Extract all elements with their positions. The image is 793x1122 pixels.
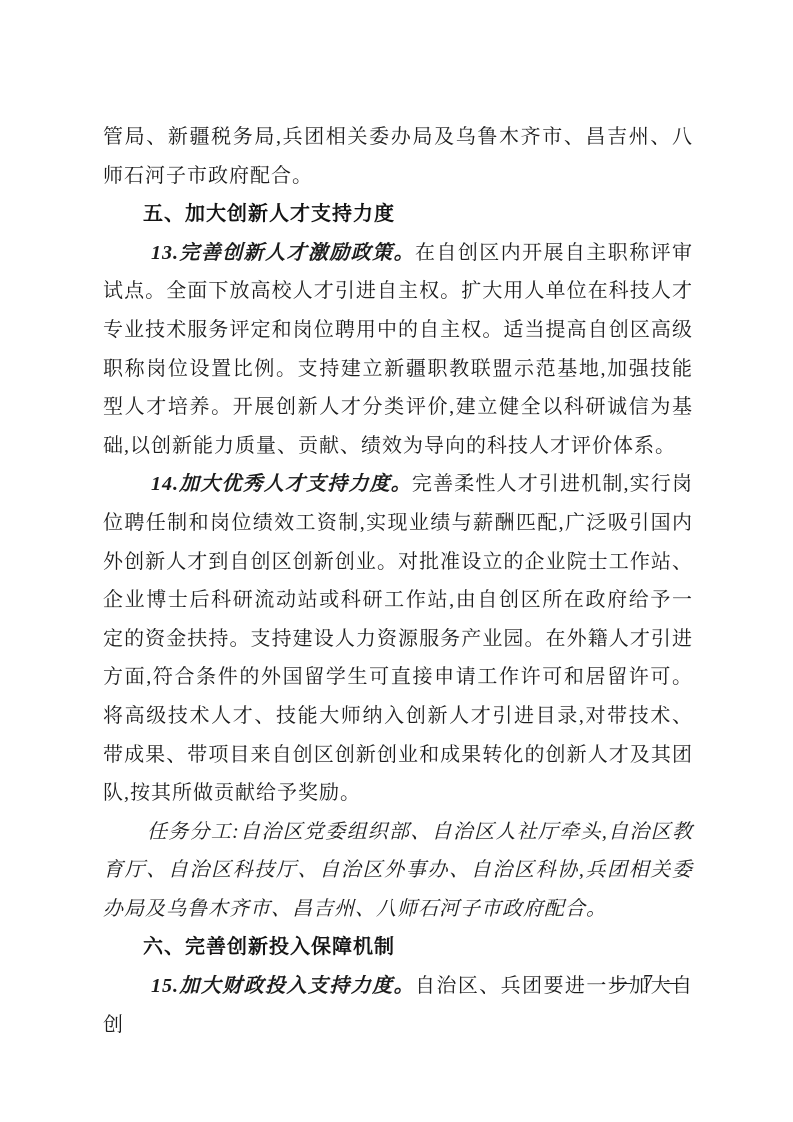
item-14-text: 完善柔性人才引进机制,实行岗位聘任制和岗位绩效工资制,实现业绩与薪酬匹配,广泛吸… [103,473,693,804]
section-heading-six: 六、完善创新投入保障机制 [103,928,693,967]
page-number: — 7 — [612,971,687,994]
item-14-lead: 14.加大优秀人才支持力度。 [151,473,412,495]
paragraph-continuation: 管局、新疆税务局,兵团相关委办局及乌鲁木齐市、昌吉州、八师石河子市政府配合。 [103,118,693,195]
paragraph-item-15: 15.加大财政投入支持力度。自治区、兵团要进一步加大自创 [103,967,693,1044]
task-assignment-label: 任务分工: [147,821,240,843]
item-13-text: 在自创区内开展自主职称评审试点。全面下放高校人才引进自主权。扩大用人单位在科技人… [103,242,693,457]
item-13-lead: 13.完善创新人才激励政策。 [151,242,415,264]
section-heading-five: 五、加大创新人才支持力度 [103,195,693,234]
paragraph-item-13: 13.完善创新人才激励政策。在自创区内开展自主职称评审试点。全面下放高校人才引进… [103,234,693,466]
document-page: 管局、新疆税务局,兵团相关委办局及乌鲁木齐市、昌吉州、八师石河子市政府配合。 五… [0,0,793,1122]
paragraph-item-14: 14.加大优秀人才支持力度。完善柔性人才引进机制,实行岗位聘任制和岗位绩效工资制… [103,465,693,812]
item-15-lead: 15.加大财政投入支持力度。 [151,975,415,997]
document-body: 管局、新疆税务局,兵团相关委办局及乌鲁木齐市、昌吉州、八师石河子市政府配合。 五… [103,118,693,1044]
paragraph-task-assignment: 任务分工:自治区党委组织部、自治区人社厅牵头,自治区教育厅、自治区科技厅、自治区… [103,813,693,929]
